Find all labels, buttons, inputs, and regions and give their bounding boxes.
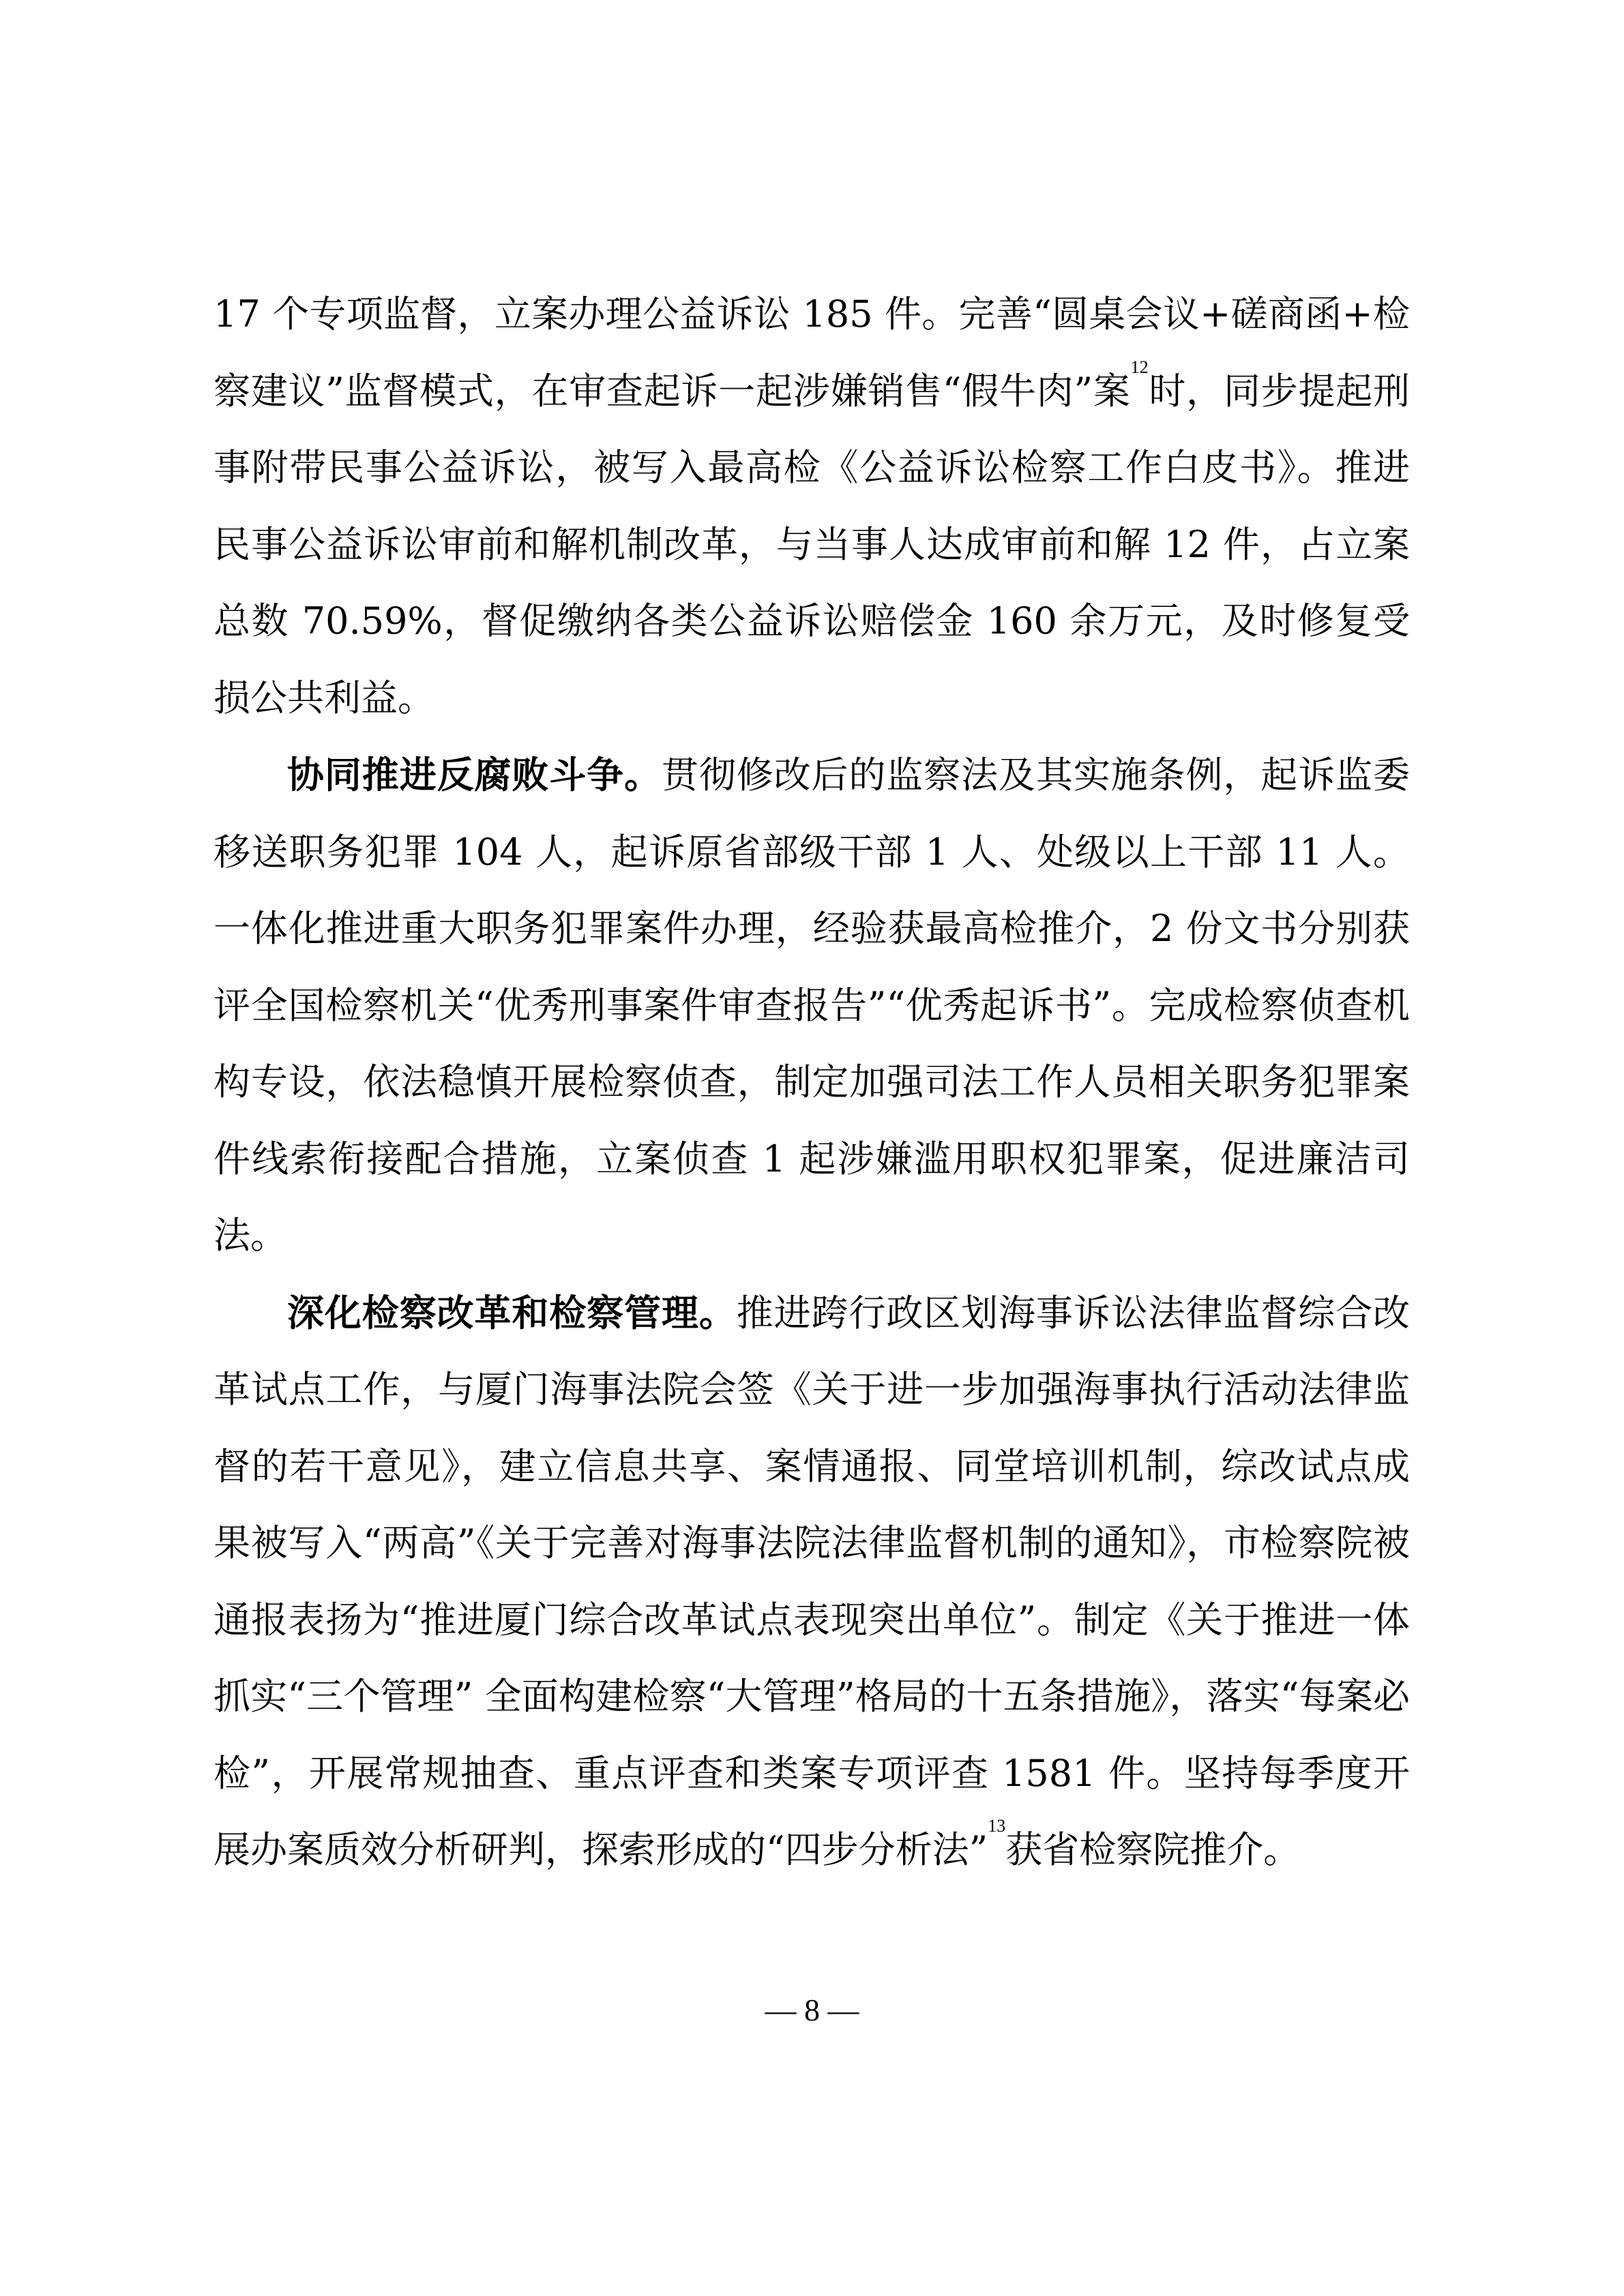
paragraph-lead-heading: 深化检察改革和检察管理。 <box>287 1291 737 1335</box>
paragraph-text: 推进跨行政区划海事诉讼法律监督综合改革试点工作，与厦门海事法院会签《关于进一步加… <box>213 1292 1410 1872</box>
paragraph-text: 获省检察院推介。 <box>1005 1828 1300 1871</box>
paragraph-procuratorial-reform: 深化检察改革和检察管理。推进跨行政区划海事诉讼法律监督综合改革试点工作，与厦门海… <box>213 1274 1410 1889</box>
footnote-marker-13[interactable]: 13 <box>988 1816 1005 1836</box>
document-page: 17 个专项监督，立案办理公益诉讼 185 件。完善“圆桌会议+磋商函+检察建议… <box>213 276 1410 1889</box>
paragraph-text: 贯彻修改后的监察法及其实施条例，起诉监委移送职务犯罪 104 人，起诉原省部级干… <box>213 754 1410 1257</box>
footnote-marker-12[interactable]: 12 <box>1131 357 1149 377</box>
paragraph-lead-heading: 协同推进反腐败斗争。 <box>287 753 662 796</box>
paragraph-public-interest-litigation: 17 个专项监督，立案办理公益诉讼 185 件。完善“圆桌会议+磋商函+检察建议… <box>213 276 1410 736</box>
paragraph-anti-corruption: 协同推进反腐败斗争。贯彻修改后的监察法及其实施条例，起诉监委移送职务犯罪 104… <box>213 736 1410 1274</box>
page-number: — 8 — <box>0 1990 1624 2031</box>
paragraph-text: 时，同步提起刑事附带民事公益诉讼，被写入最高检《公益诉讼检察工作白皮书》。推进民… <box>213 370 1410 719</box>
